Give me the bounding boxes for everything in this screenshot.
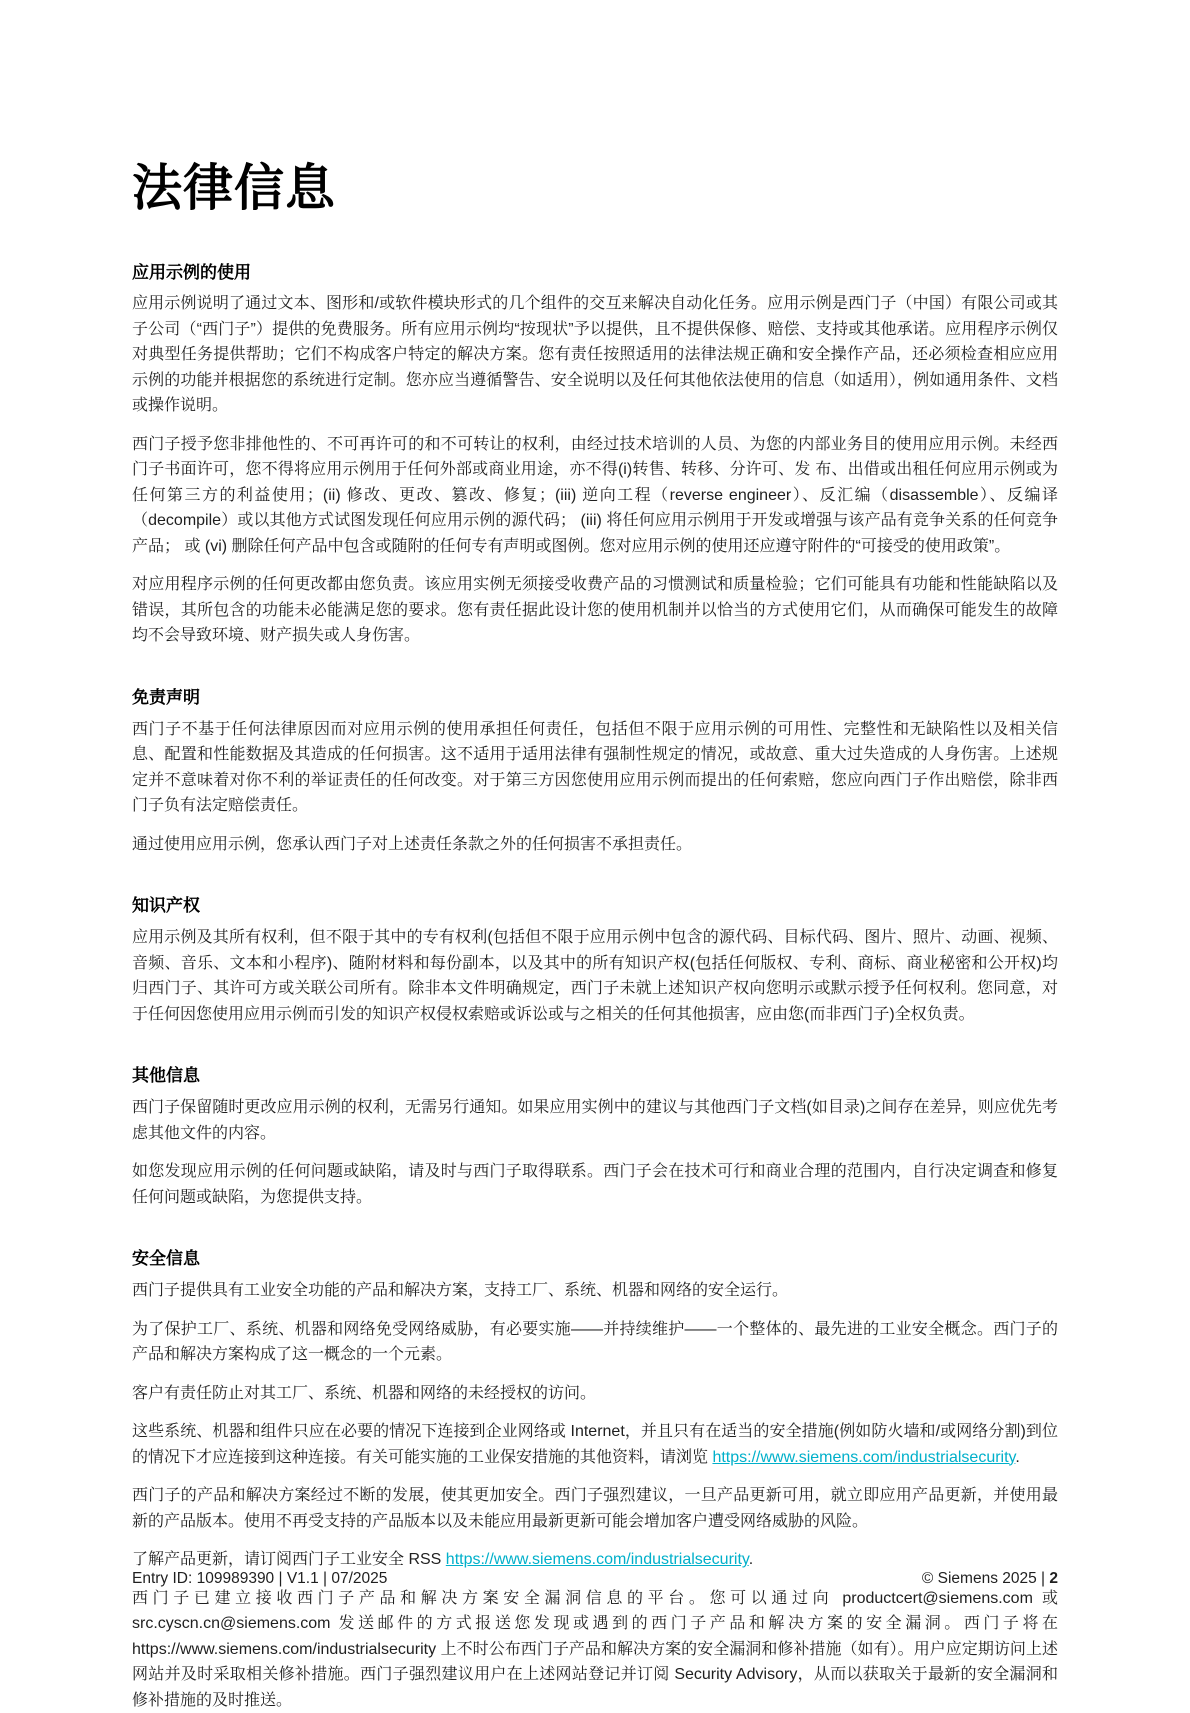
paragraph-text: 西门子已建立接收西门子产品和解决方案安全漏洞信息的平台。您可以通过向 produ… (132, 1590, 1058, 1709)
paragraph-text: 西门子的产品和解决方案经过不断的发展，使其更加安全。西门子强烈建议，一旦产品更新… (132, 1487, 1058, 1530)
legal-section: 其他信息西门子保留随时更改应用示例的权利，无需另行通知。如果应用实例中的建议与其… (132, 1065, 1058, 1210)
paragraph-text: 西门子授予您非排他性的、不可再许可的和不可转让的权利，由经过技术培训的人员、为您… (132, 436, 1058, 555)
legal-section: 知识产权应用示例及其所有权利，但不限于其中的专有权利(包括但不限于应用示例中包含… (132, 895, 1058, 1027)
paragraph: 西门子保留随时更改应用示例的权利，无需另行通知。如果应用实例中的建议与其他西门子… (132, 1095, 1058, 1146)
paragraph: 为了保护工厂、系统、机器和网络免受网络威胁，有必要实施——并持续维护——一个整体… (132, 1317, 1058, 1368)
paragraph-text: 应用示例及其所有权利，但不限于其中的专有权利(包括但不限于应用示例中包含的源代码… (132, 929, 1058, 1023)
paragraph: 对应用程序示例的任何更改都由您负责。该应用实例无须接受收费产品的习惯测试和质量检… (132, 572, 1058, 649)
paragraph-text: 应用示例说明了通过文本、图形和/或软件模块形式的几个组件的交互来解决自动化任务。… (132, 295, 1058, 414)
paragraph: 西门子不基于任何法律原因而对应用示例的使用承担任何责任，包括但不限于应用示例的可… (132, 717, 1058, 819)
paragraph-text: . (1015, 1449, 1019, 1466)
paragraph: 了解产品更新，请订阅西门子工业安全 RSS https://www.siemen… (132, 1547, 1058, 1573)
legal-section: 免责声明西门子不基于任何法律原因而对应用示例的使用承担任何责任，包括但不限于应用… (132, 687, 1058, 857)
footer-copyright: © Siemens 2025 | 2 (922, 1570, 1058, 1588)
paragraph-text: 西门子提供具有工业安全功能的产品和解决方案，支持工厂、系统、机器和网络的安全运行… (132, 1282, 788, 1299)
document-page: 法律信息 应用示例的使用应用示例说明了通过文本、图形和/或软件模块形式的几个组件… (0, 0, 1190, 1683)
paragraph: 西门子授予您非排他性的、不可再许可的和不可转让的权利，由经过技术培训的人员、为您… (132, 432, 1058, 560)
paragraph-text: 客户有责任防止对其工厂、系统、机器和网络的未经授权的访问。 (132, 1385, 596, 1402)
paragraph-text: . (749, 1551, 753, 1568)
sections-container: 应用示例的使用应用示例说明了通过文本、图形和/或软件模块形式的几个组件的交互来解… (132, 262, 1058, 1713)
section-heading: 安全信息 (132, 1248, 1058, 1271)
section-heading: 应用示例的使用 (132, 262, 1058, 285)
paragraph-text: 为了保护工厂、系统、机器和网络免受网络威胁，有必要实施——并持续维护——一个整体… (132, 1321, 1058, 1364)
paragraph: 西门子已建立接收西门子产品和解决方案安全漏洞信息的平台。您可以通过向 produ… (132, 1586, 1058, 1713)
paragraph-text: 西门子保留随时更改应用示例的权利，无需另行通知。如果应用实例中的建议与其他西门子… (132, 1099, 1058, 1142)
section-heading: 其他信息 (132, 1065, 1058, 1088)
paragraph: 通过使用应用示例，您承认西门子对上述责任条款之外的任何损害不承担责任。 (132, 832, 1058, 858)
legal-section: 安全信息西门子提供具有工业安全功能的产品和解决方案，支持工厂、系统、机器和网络的… (132, 1248, 1058, 1713)
legal-section: 应用示例的使用应用示例说明了通过文本、图形和/或软件模块形式的几个组件的交互来解… (132, 262, 1058, 649)
paragraph-text: 如您发现应用示例的任何问题或缺陷，请及时与西门子取得联系。西门子会在技术可行和商… (132, 1163, 1058, 1206)
external-link[interactable]: https://www.siemens.com/industrialsecuri… (446, 1551, 749, 1568)
paragraph: 客户有责任防止对其工厂、系统、机器和网络的未经授权的访问。 (132, 1381, 1058, 1407)
paragraph: 如您发现应用示例的任何问题或缺陷，请及时与西门子取得联系。西门子会在技术可行和商… (132, 1159, 1058, 1210)
paragraph: 西门子的产品和解决方案经过不断的发展，使其更加安全。西门子强烈建议，一旦产品更新… (132, 1483, 1058, 1534)
page-title: 法律信息 (132, 160, 1058, 218)
section-heading: 知识产权 (132, 895, 1058, 918)
section-heading: 免责声明 (132, 687, 1058, 710)
paragraph-text: 了解产品更新，请订阅西门子工业安全 RSS (132, 1551, 446, 1568)
paragraph: 应用示例及其所有权利，但不限于其中的专有权利(包括但不限于应用示例中包含的源代码… (132, 925, 1058, 1027)
paragraph-text: 西门子不基于任何法律原因而对应用示例的使用承担任何责任，包括但不限于应用示例的可… (132, 721, 1058, 815)
paragraph-text: 通过使用应用示例，您承认西门子对上述责任条款之外的任何损害不承担责任。 (132, 836, 692, 853)
paragraph: 西门子提供具有工业安全功能的产品和解决方案，支持工厂、系统、机器和网络的安全运行… (132, 1278, 1058, 1304)
paragraph: 应用示例说明了通过文本、图形和/或软件模块形式的几个组件的交互来解决自动化任务。… (132, 291, 1058, 419)
external-link[interactable]: https://www.siemens.com/industrialsecuri… (712, 1449, 1015, 1466)
footer-page-number: 2 (1049, 1570, 1058, 1587)
footer-copyright-text: © Siemens 2025 | (922, 1570, 1049, 1587)
paragraph-text: 对应用程序示例的任何更改都由您负责。该应用实例无须接受收费产品的习惯测试和质量检… (132, 576, 1058, 644)
paragraph: 这些系统、机器和组件只应在必要的情况下连接到企业网络或 Internet，并且只… (132, 1419, 1058, 1470)
page-footer: Entry ID: 109989390 | V1.1 | 07/2025 © S… (132, 1570, 1058, 1588)
footer-entry-id: Entry ID: 109989390 | V1.1 | 07/2025 (132, 1570, 387, 1588)
